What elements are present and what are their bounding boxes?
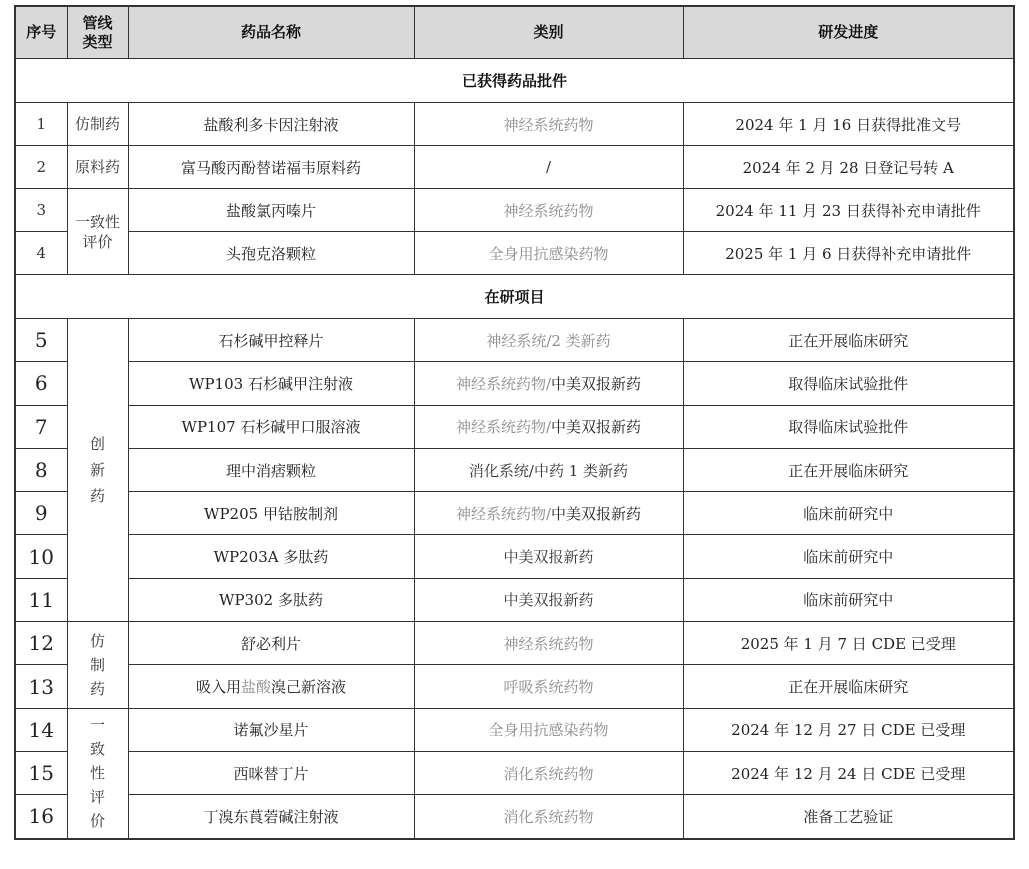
pipeline-type-char: 仿 [90, 632, 105, 650]
drug-category: 神经系统/2 类新药 [414, 319, 683, 362]
table-row: 4 头孢克洛颗粒 全身用抗感染药物 2025 年 1 月 6 日获得补充申请批件 [15, 232, 1014, 275]
pipeline-type: 创新药 [67, 319, 128, 622]
table-row: 10 WP203A 多肽药 中美双报新药 临床前研究中 [15, 535, 1014, 578]
drug-name: 舒必利片 [128, 622, 414, 665]
section-row-in-development: 在研项目 [15, 275, 1014, 319]
row-index: 12 [15, 622, 67, 665]
drug-name: 富马酸丙酚替诺福韦原料药 [128, 146, 414, 189]
drug-category: 消化系统药物 [414, 751, 683, 794]
dev-progress: 2025 年 1 月 6 日获得补充申请批件 [683, 232, 1014, 275]
section-row-approved: 已获得药品批件 [15, 59, 1014, 103]
pipeline-type-char: 一 [90, 716, 105, 734]
table-row: 11 WP302 多肽药 中美双报新药 临床前研究中 [15, 578, 1014, 621]
pipeline-type-char: 新 [90, 461, 105, 479]
pipeline-type-line1: 一致性 [75, 213, 120, 231]
section-title: 在研项目 [15, 275, 1014, 319]
category-part: 神经系统药物/ [456, 418, 551, 436]
table-row: 8 理中消痞颗粒 消化系统/中药 1 类新药 正在开展临床研究 [15, 448, 1014, 491]
row-index: 13 [15, 665, 67, 708]
drug-category: 神经系统药物 [414, 189, 683, 232]
drug-name: 盐酸利多卡因注射液 [128, 103, 414, 146]
drug-name: 石杉碱甲控释片 [128, 319, 414, 362]
table-row: 3 一致性评价 盐酸氯丙嗪片 神经系统药物 2024 年 11 月 23 日获得… [15, 189, 1014, 232]
dev-progress: 正在开展临床研究 [683, 665, 1014, 708]
drug-name: WP107 石杉碱甲口服溶液 [128, 405, 414, 448]
dev-progress: 正在开展临床研究 [683, 319, 1014, 362]
drug-category: 中美双报新药 [414, 578, 683, 621]
drug-name: WP205 甲钴胺制剂 [128, 492, 414, 535]
row-index: 11 [15, 578, 67, 621]
row-index: 14 [15, 708, 67, 751]
row-index: 8 [15, 448, 67, 491]
pipeline-type-char: 药 [90, 487, 105, 505]
header-pipeline-type: 管线类型 [67, 6, 128, 59]
drug-category: / [414, 146, 683, 189]
pipeline-type-char: 致 [90, 740, 105, 758]
drug-name-part: 吸入用 [196, 678, 241, 696]
category-part: 中美双报新药 [551, 375, 641, 393]
drug-name-part: 盐酸 [241, 678, 271, 696]
category-part: 神经系统药物/ [456, 505, 551, 523]
pipeline-type-char: 价 [90, 812, 105, 830]
dev-progress: 临床前研究中 [683, 578, 1014, 621]
header-pipeline-type-line2: 类型 [82, 33, 112, 51]
drug-category: 消化系统/中药 1 类新药 [414, 448, 683, 491]
table-row: 5 创新药 石杉碱甲控释片 神经系统/2 类新药 正在开展临床研究 [15, 319, 1014, 362]
pipeline-type-char: 性 [90, 764, 105, 782]
table-header-row: 序号 管线类型 药品名称 类别 研发进度 [15, 6, 1014, 59]
pipeline-type: 仿制药 [67, 103, 128, 146]
drug-name: 丁溴东莨菪碱注射液 [128, 795, 414, 839]
dev-progress: 2024 年 2 月 28 日登记号转 A [683, 146, 1014, 189]
drug-name: 西咪替丁片 [128, 751, 414, 794]
pipeline-type-char: 创 [90, 435, 105, 453]
table-row: 14 一致性评价 诺氟沙星片 全身用抗感染药物 2024 年 12 月 27 日… [15, 708, 1014, 751]
row-index: 10 [15, 535, 67, 578]
section-title: 已获得药品批件 [15, 59, 1014, 103]
row-index: 6 [15, 362, 67, 405]
header-index: 序号 [15, 6, 67, 59]
drug-category: 神经系统药物/中美双报新药 [414, 405, 683, 448]
drug-name: 诺氟沙星片 [128, 708, 414, 751]
dev-progress: 2024 年 1 月 16 日获得批准文号 [683, 103, 1014, 146]
row-index: 16 [15, 795, 67, 839]
dev-progress: 正在开展临床研究 [683, 448, 1014, 491]
row-index: 3 [15, 189, 67, 232]
table-row: 2 原料药 富马酸丙酚替诺福韦原料药 / 2024 年 2 月 28 日登记号转… [15, 146, 1014, 189]
drug-name: WP103 石杉碱甲注射液 [128, 362, 414, 405]
table-row: 16 丁溴东莨菪碱注射液 消化系统药物 准备工艺验证 [15, 795, 1014, 839]
drug-category: 神经系统药物/中美双报新药 [414, 492, 683, 535]
drug-category: 神经系统药物 [414, 103, 683, 146]
drug-category: 神经系统药物 [414, 622, 683, 665]
dev-progress: 临床前研究中 [683, 492, 1014, 535]
drug-category: 中美双报新药 [414, 535, 683, 578]
row-index: 15 [15, 751, 67, 794]
drug-name-part: 溴己新溶液 [271, 678, 346, 696]
row-index: 9 [15, 492, 67, 535]
table-row: 15 西咪替丁片 消化系统药物 2024 年 12 月 24 日 CDE 已受理 [15, 751, 1014, 794]
pipeline-type: 原料药 [67, 146, 128, 189]
drug-name: 理中消痞颗粒 [128, 448, 414, 491]
header-drug-name: 药品名称 [128, 6, 414, 59]
table-row: 9 WP205 甲钴胺制剂 神经系统药物/中美双报新药 临床前研究中 [15, 492, 1014, 535]
dev-progress: 取得临床试验批件 [683, 362, 1014, 405]
row-index: 4 [15, 232, 67, 275]
pipeline-type-line2: 评价 [82, 233, 112, 251]
table-row: 13 吸入用盐酸溴己新溶液 呼吸系统药物 正在开展临床研究 [15, 665, 1014, 708]
table-row: 1 仿制药 盐酸利多卡因注射液 神经系统药物 2024 年 1 月 16 日获得… [15, 103, 1014, 146]
drug-category: 消化系统药物 [414, 795, 683, 839]
dev-progress: 取得临床试验批件 [683, 405, 1014, 448]
pipeline-type-char: 评 [90, 788, 105, 806]
header-category: 类别 [414, 6, 683, 59]
dev-progress: 2024 年 12 月 24 日 CDE 已受理 [683, 751, 1014, 794]
category-part: 神经系统药物/ [456, 375, 551, 393]
row-index: 5 [15, 319, 67, 362]
table-row: 6 WP103 石杉碱甲注射液 神经系统药物/中美双报新药 取得临床试验批件 [15, 362, 1014, 405]
drug-category: 全身用抗感染药物 [414, 232, 683, 275]
pipeline-type-char: 药 [90, 680, 105, 698]
dev-progress: 准备工艺验证 [683, 795, 1014, 839]
drug-category: 呼吸系统药物 [414, 665, 683, 708]
drug-name: 头孢克洛颗粒 [128, 232, 414, 275]
dev-progress: 2024 年 11 月 23 日获得补充申请批件 [683, 189, 1014, 232]
row-index: 7 [15, 405, 67, 448]
pipeline-type: 一致性评价 [67, 189, 128, 275]
drug-name: WP203A 多肽药 [128, 535, 414, 578]
table-row: 12 仿制药 舒必利片 神经系统药物 2025 年 1 月 7 日 CDE 已受… [15, 622, 1014, 665]
drug-name: 盐酸氯丙嗪片 [128, 189, 414, 232]
dev-progress: 2024 年 12 月 27 日 CDE 已受理 [683, 708, 1014, 751]
pipeline-type-char: 制 [90, 656, 105, 674]
category-part: 中美双报新药 [551, 505, 641, 523]
row-index: 2 [15, 146, 67, 189]
drug-category: 全身用抗感染药物 [414, 708, 683, 751]
pipeline-type: 仿制药 [67, 622, 128, 709]
drug-name: 吸入用盐酸溴己新溶液 [128, 665, 414, 708]
dev-progress: 临床前研究中 [683, 535, 1014, 578]
header-pipeline-type-line1: 管线 [82, 14, 112, 32]
drug-name: WP302 多肽药 [128, 578, 414, 621]
drug-pipeline-table: 序号 管线类型 药品名称 类别 研发进度 已获得药品批件 1 仿制药 盐酸利多卡… [14, 5, 1015, 840]
dev-progress: 2025 年 1 月 7 日 CDE 已受理 [683, 622, 1014, 665]
category-part: 中美双报新药 [551, 418, 641, 436]
pipeline-type: 一致性评价 [67, 708, 128, 838]
row-index: 1 [15, 103, 67, 146]
header-progress: 研发进度 [683, 6, 1014, 59]
table-row: 7 WP107 石杉碱甲口服溶液 神经系统药物/中美双报新药 取得临床试验批件 [15, 405, 1014, 448]
drug-category: 神经系统药物/中美双报新药 [414, 362, 683, 405]
